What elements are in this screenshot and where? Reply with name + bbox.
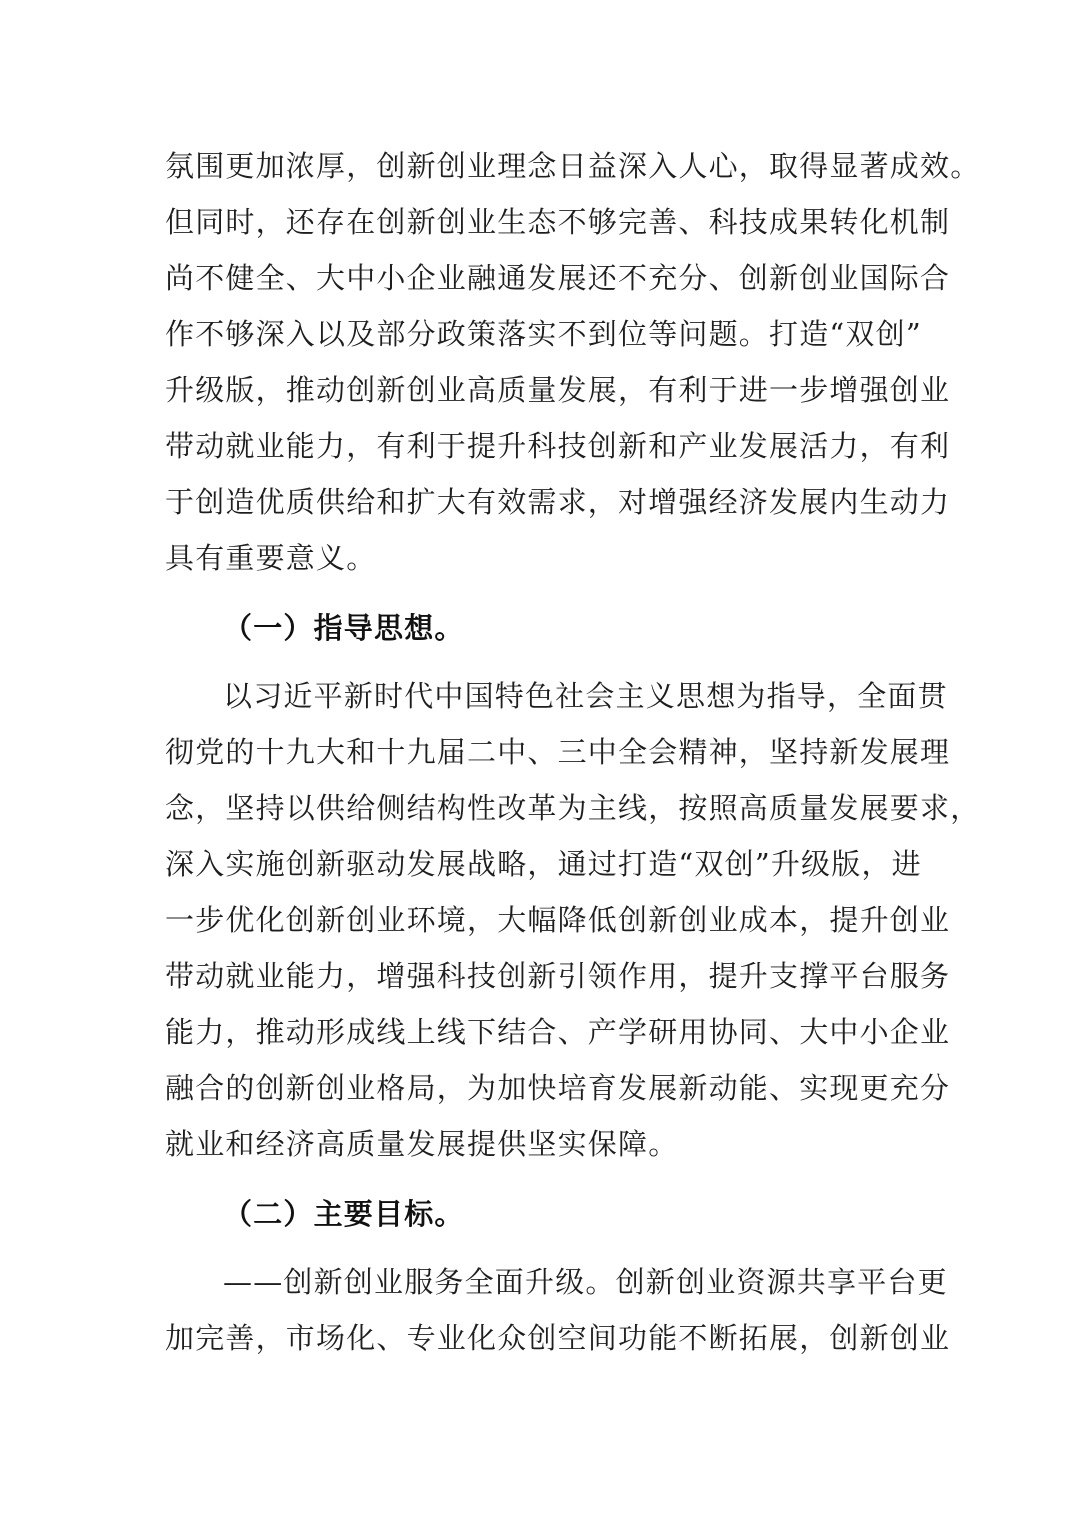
paragraph-line: 尚不健全、大中小企业融通发展还不充分、创新创业国际合 bbox=[165, 258, 925, 298]
paragraph-line: 融合的创新创业格局，为加快培育发展新动能、实现更充分 bbox=[165, 1068, 925, 1108]
paragraph-line: 加完善，市场化、专业化众创空间功能不断拓展，创新创业 bbox=[165, 1318, 925, 1358]
paragraph-line: 升级版，推动创新创业高质量发展，有利于进一步增强创业 bbox=[165, 370, 925, 410]
paragraph-line: 一步优化创新创业环境，大幅降低创新创业成本，提升创业 bbox=[165, 900, 925, 940]
paragraph-line: 带动就业能力，有利于提升科技创新和产业发展活力，有利 bbox=[165, 426, 925, 466]
paragraph-line: 于创造优质供给和扩大有效需求，对增强经济发展内生动力 bbox=[165, 482, 925, 522]
paragraph-line: ——创新创业服务全面升级。创新创业资源共享平台更 bbox=[223, 1262, 923, 1302]
paragraph-line: 深入实施创新驱动发展战略，通过打造“双创”升级版，进 bbox=[165, 844, 925, 884]
paragraph-line: 能力，推动形成线上线下结合、产学研用协同、大中小企业 bbox=[165, 1012, 925, 1052]
section-heading-main-goals: （二）主要目标。 bbox=[223, 1194, 983, 1234]
paragraph-line: 带动就业能力，增强科技创新引领作用，提升支撑平台服务 bbox=[165, 956, 925, 996]
paragraph-line: 彻党的十九大和十九届二中、三中全会精神，坚持新发展理 bbox=[165, 732, 925, 772]
paragraph-line: 氛围更加浓厚，创新创业理念日益深入人心，取得显著成效。 bbox=[165, 146, 925, 186]
paragraph-line: 作不够深入以及部分政策落实不到位等问题。打造“双创” bbox=[165, 314, 925, 354]
paragraph-line: 就业和经济高质量发展提供坚实保障。 bbox=[165, 1124, 925, 1164]
paragraph-line: 以习近平新时代中国特色社会主义思想为指导，全面贯 bbox=[223, 676, 923, 716]
section-heading-guiding-ideology: （一）指导思想。 bbox=[223, 608, 983, 648]
document-page: 氛围更加浓厚，创新创业理念日益深入人心，取得显著成效。 但同时，还存在创新创业生… bbox=[0, 0, 1080, 1527]
paragraph-line: 但同时，还存在创新创业生态不够完善、科技成果转化机制 bbox=[165, 202, 925, 242]
paragraph-line: 具有重要意义。 bbox=[165, 538, 925, 578]
paragraph-line: 念，坚持以供给侧结构性改革为主线，按照高质量发展要求， bbox=[165, 788, 925, 828]
